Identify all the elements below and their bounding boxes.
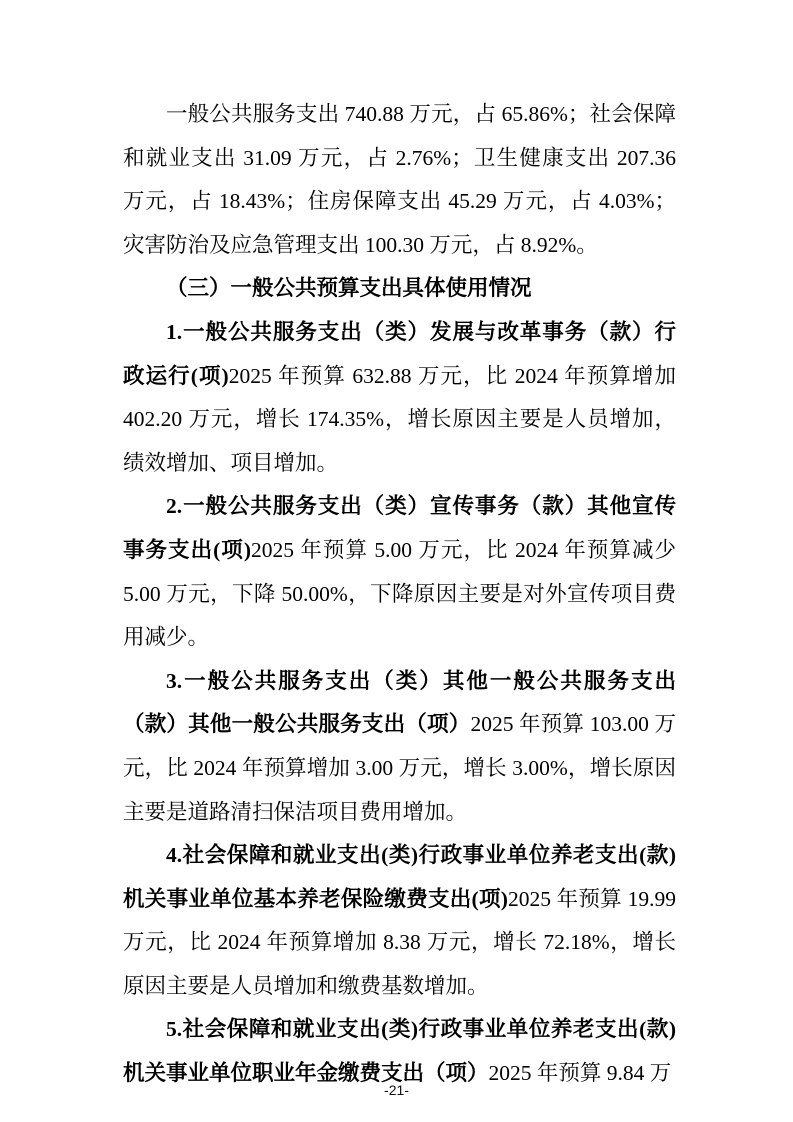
section-heading: （三）一般公共预算支出具体使用情况 — [123, 267, 676, 311]
overview-paragraph: 一般公共服务支出 740.88 万元，占 65.86%；社会保障和就业支出 31… — [123, 93, 676, 267]
budget-item-4: 4.社会保障和就业支出(类)行政事业单位养老支出(款)机关事业单位基本养老保险缴… — [123, 834, 676, 1008]
page-number: -21- — [0, 1082, 793, 1098]
document-page: 一般公共服务支出 740.88 万元，占 65.86%；社会保障和就业支出 31… — [0, 0, 793, 1122]
budget-item-2: 2.一般公共服务支出（类）宣传事务（款）其他宣传事务支出(项)2025 年预算 … — [123, 485, 676, 659]
overview-text: 一般公共服务支出 740.88 万元，占 65.86%；社会保障和就业支出 31… — [123, 102, 676, 257]
budget-item-1: 1.一般公共服务支出（类）发展与改革事务（款）行政运行(项)2025 年预算 6… — [123, 311, 676, 485]
section-heading-text: （三）一般公共预算支出具体使用情况 — [166, 276, 532, 300]
budget-item-3: 3.一般公共服务支出（类）其他一般公共服务支出（款）其他一般公共服务支出（项）2… — [123, 660, 676, 834]
document-body: 一般公共服务支出 740.88 万元，占 65.86%；社会保障和就业支出 31… — [123, 93, 676, 1096]
